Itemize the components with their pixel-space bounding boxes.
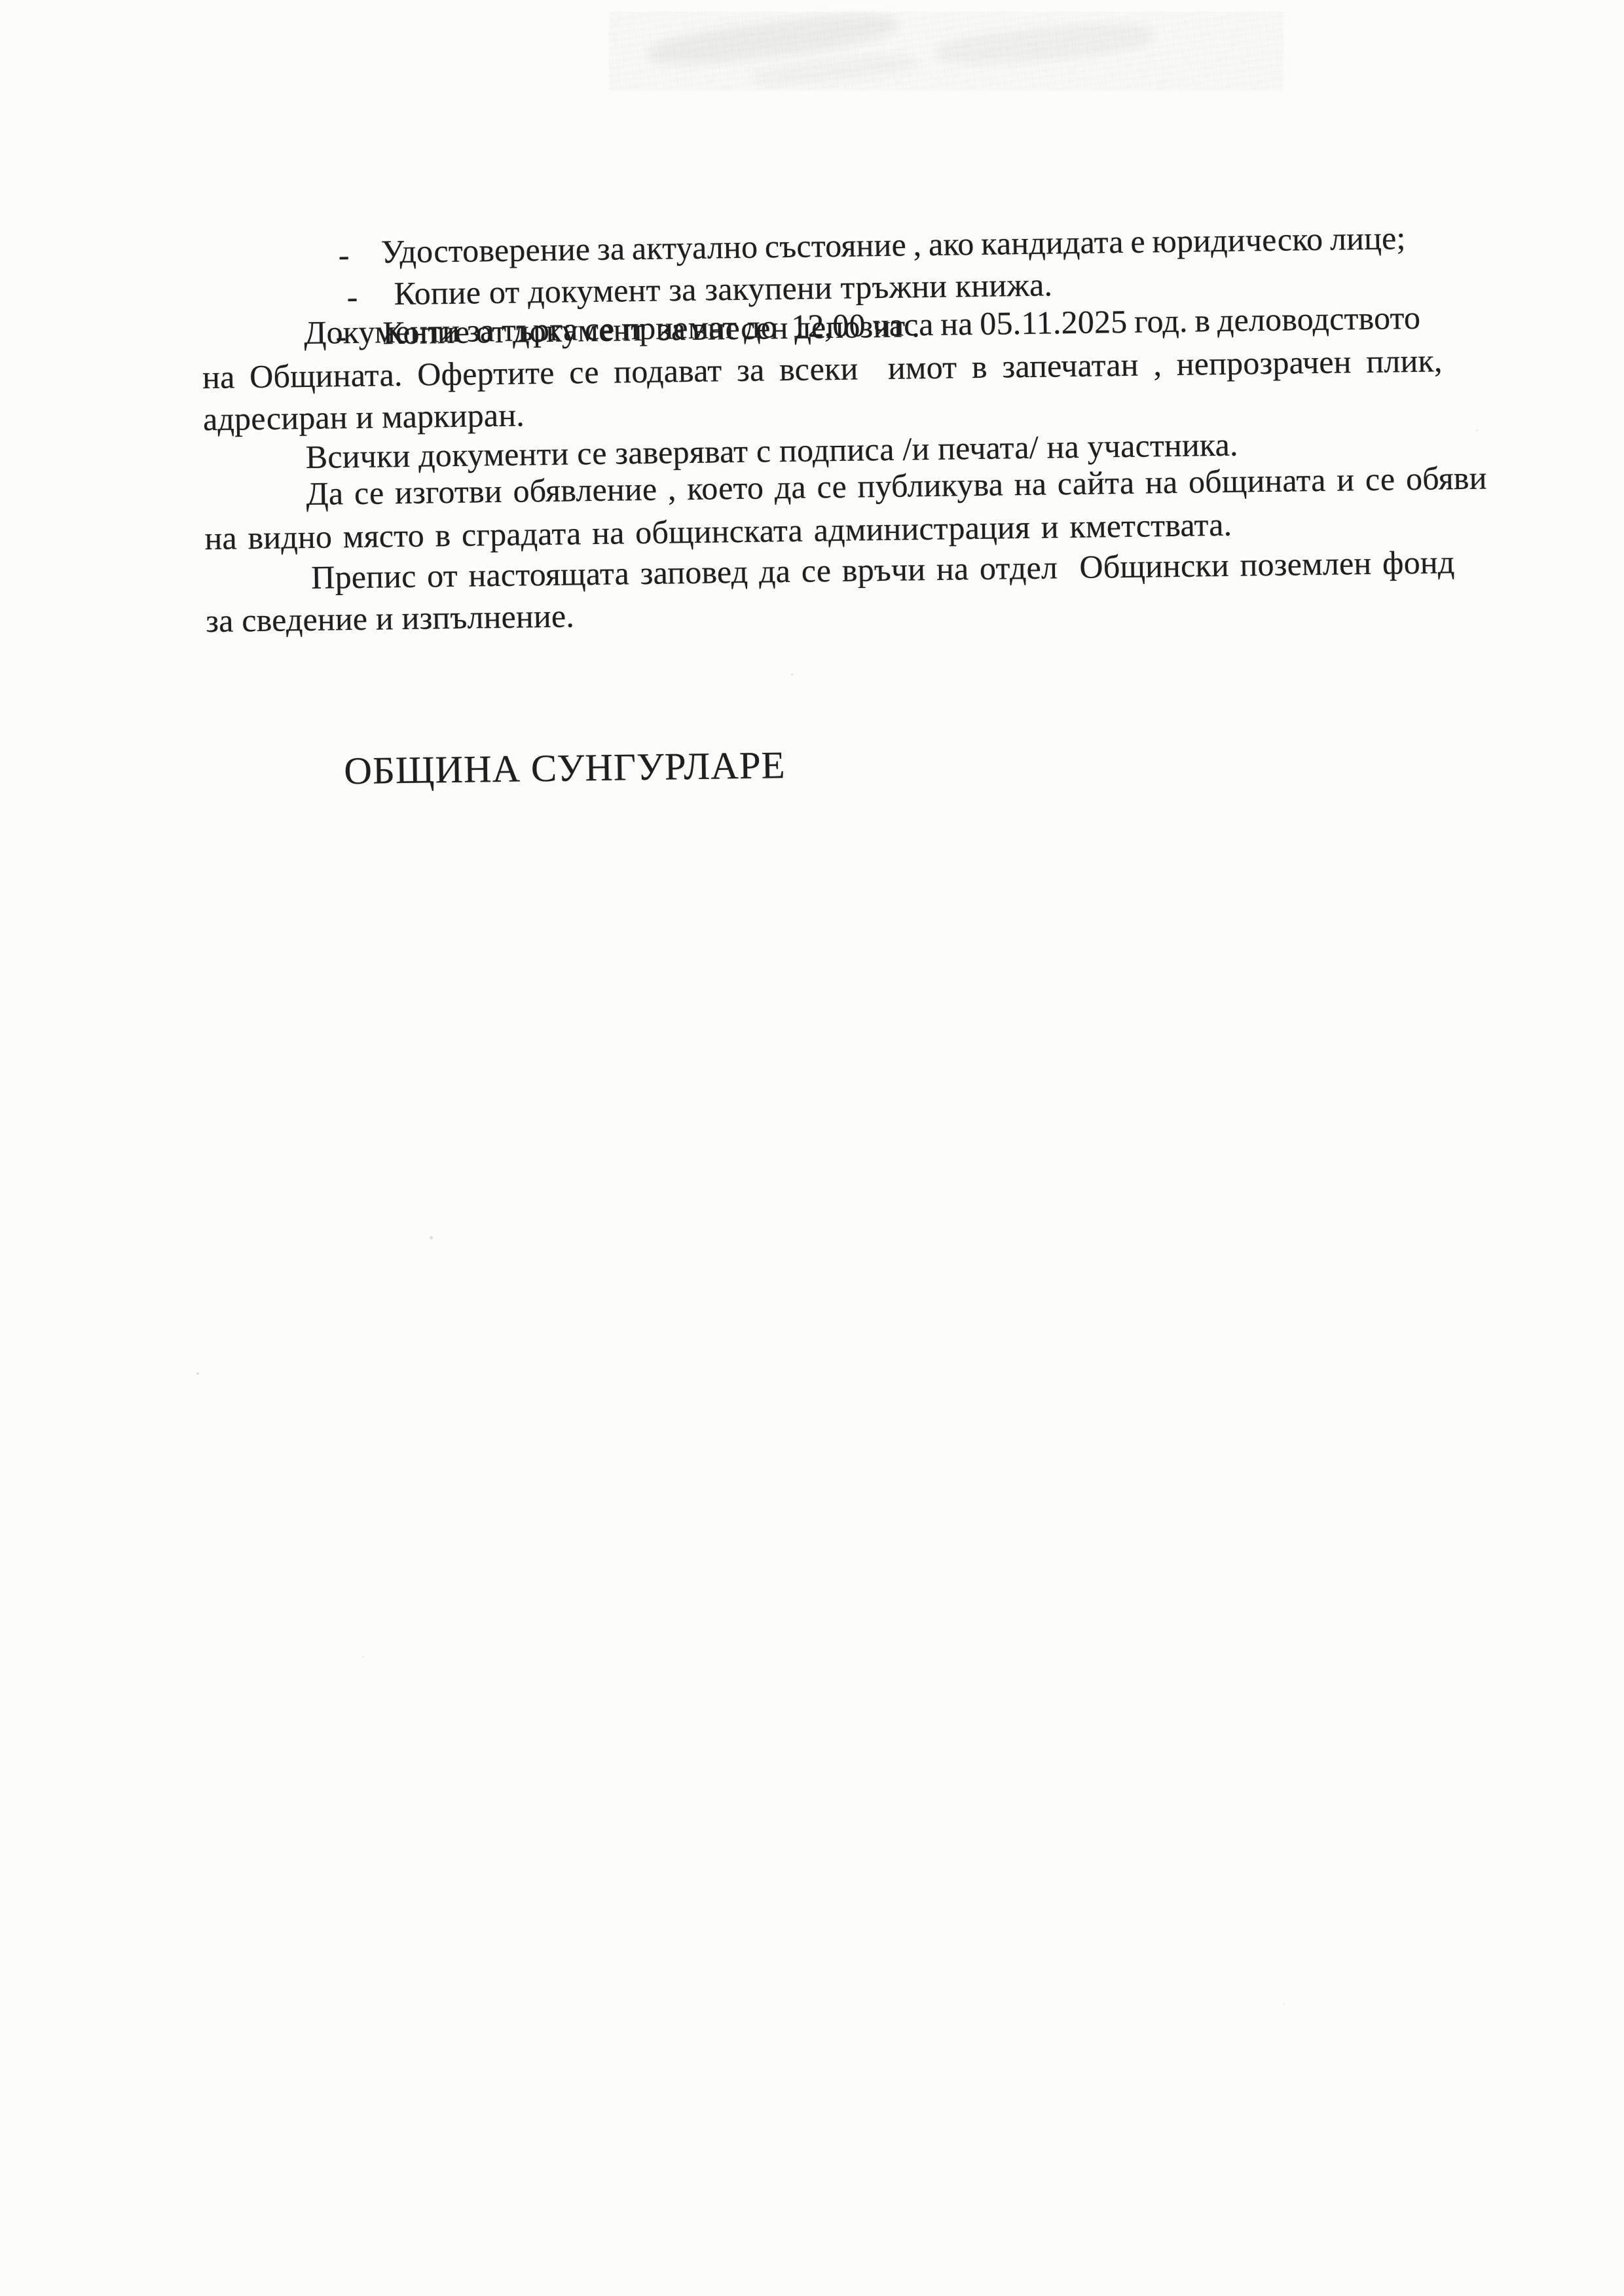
organization-name: ОБЩИНА СУНГУРЛАРЕ	[344, 741, 786, 794]
document-text-block: -Удостоверение за актуално състояние , а…	[0, 0, 1624, 2296]
paragraph-line-addressed-marked: адресиран и маркиран.	[203, 394, 525, 439]
paragraph-line-for-information: за сведение и изпълнение.	[206, 595, 575, 641]
document-page: -Удостоверение за актуално състояние , а…	[0, 0, 1624, 2296]
bullet-item-certificate-good-standing: -Удостоверение за актуално състояние , а…	[295, 177, 1405, 232]
